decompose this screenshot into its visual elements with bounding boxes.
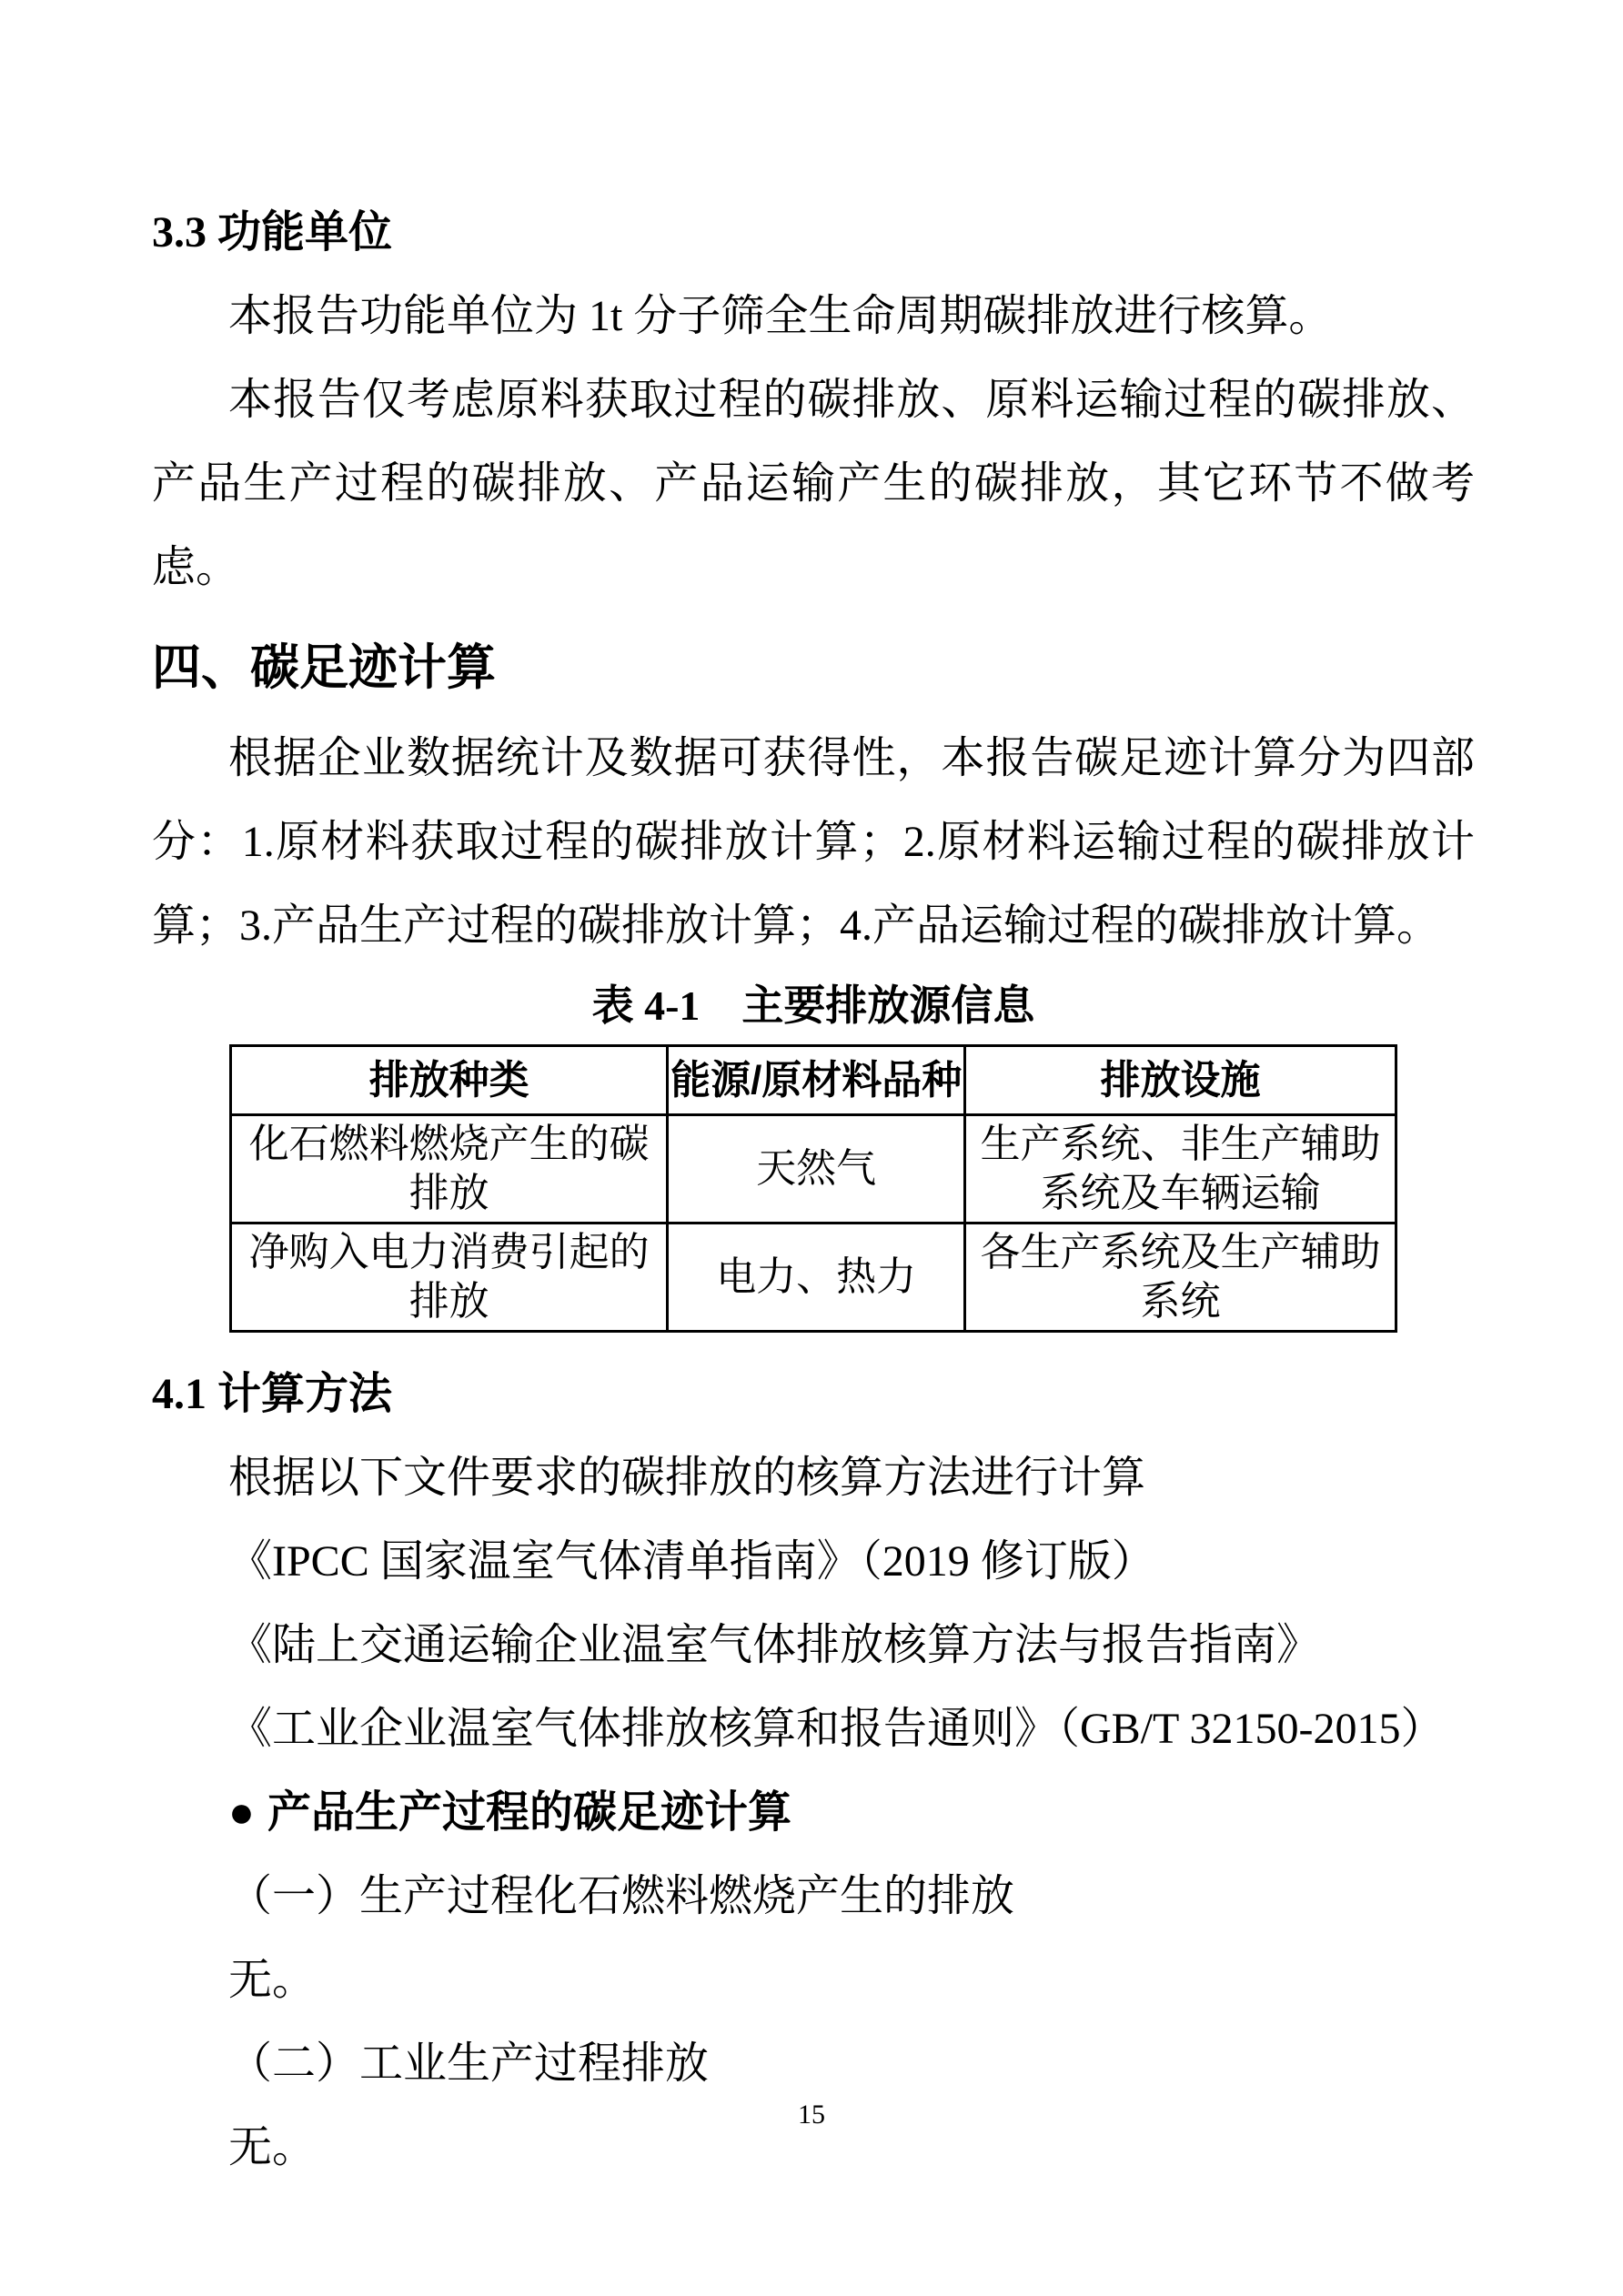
table-header-row: 排放种类 能源/原材料品种 排放设施 [231, 1046, 1396, 1115]
emission-source-table: 排放种类 能源/原材料品种 排放设施 化石燃料燃烧产生的碳排放 天然气 生产系统… [229, 1044, 1397, 1333]
column-header-emission-type: 排放种类 [231, 1046, 668, 1115]
paragraph-scope: 本报告仅考虑原料获取过程的碳排放、原料运输过程的碳排放、产品生产过程的碳排放、产… [152, 358, 1475, 609]
list-item-industrial-process: （二）工业生产过程排放 [152, 2022, 1475, 2106]
cell-emission-facility: 生产系统、非生产辅助系统及车辆运输 [965, 1115, 1396, 1224]
table-caption: 表 4-1 主要排放源信息 [152, 968, 1475, 1044]
bullet-icon: ● [228, 1788, 255, 1837]
paragraph-calculation-parts: 根据企业数据统计及数据可获得性，本报告碳足迹计算分为四部分：1.原材料获取过程的… [152, 717, 1475, 968]
table-row: 化石燃料燃烧产生的碳排放 天然气 生产系统、非生产辅助系统及车辆运输 [231, 1115, 1396, 1224]
cell-energy-material: 天然气 [668, 1115, 965, 1224]
section-heading-4-1: 4.1 计算方法 [152, 1353, 1475, 1436]
cell-emission-facility: 各生产系统及生产辅助系统 [965, 1224, 1396, 1332]
list-item-fossil-fuel: （一）生产过程化石燃料燃烧产生的排放 [152, 1855, 1475, 1939]
table-row: 净购入电力消费引起的排放 电力、热力 各生产系统及生产辅助系统 [231, 1224, 1396, 1332]
page-number: 15 [0, 2100, 1623, 2130]
chapter-heading-4: 四、碳足迹计算 [152, 622, 1475, 713]
paragraph-method-intro: 根据以下文件要求的碳排放的核算方法进行计算 [152, 1436, 1475, 1520]
list-item-none-1: 无。 [152, 1939, 1475, 2022]
cell-emission-type: 化石燃料燃烧产生的碳排放 [231, 1115, 668, 1224]
column-header-emission-facility: 排放设施 [965, 1046, 1396, 1115]
reference-ipcc: 《IPCC 国家温室气体清单指南》（2019 修订版） [152, 1520, 1475, 1604]
column-header-energy-material: 能源/原材料品种 [668, 1046, 965, 1115]
section-heading-3-3: 3.3 功能单位 [152, 191, 1475, 275]
paragraph-functional-unit: 本报告功能单位为 1t 分子筛全生命周期碳排放进行核算。 [152, 275, 1475, 358]
bullet-heading-production-footprint: ●产品生产过程的碳足迹计算 [152, 1771, 1475, 1855]
bullet-heading-label: 产品生产过程的碳足迹计算 [267, 1788, 791, 1837]
cell-emission-type: 净购入电力消费引起的排放 [231, 1224, 668, 1332]
reference-gbt32150: 《工业企业温室气体排放核算和报告通则》（GB/T 32150-2015） [152, 1687, 1475, 1771]
cell-energy-material: 电力、热力 [668, 1224, 965, 1332]
reference-land-transport: 《陆上交通运输企业温室气体排放核算方法与报告指南》 [152, 1604, 1475, 1687]
document-page: 3.3 功能单位 本报告功能单位为 1t 分子筛全生命周期碳排放进行核算。 本报… [0, 0, 1623, 2296]
